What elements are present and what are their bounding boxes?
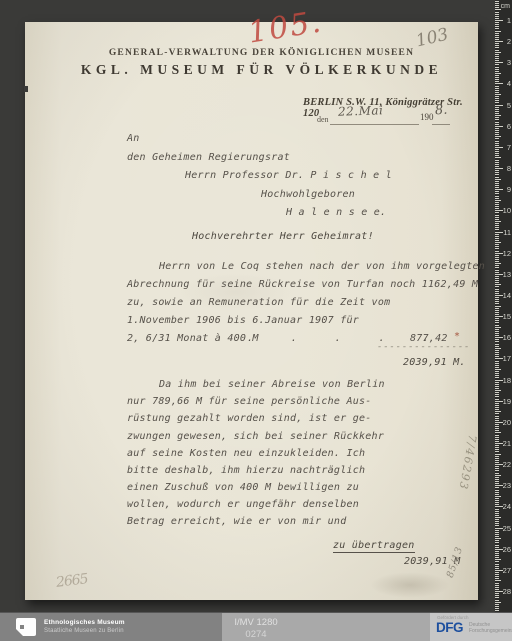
dfg-logo: DFG [436,620,463,635]
museum-name: Ethnologisches Museum [44,619,125,626]
ruler-tick [495,299,499,300]
ruler-tick [495,392,499,393]
ruler-tick [495,519,499,520]
ruler-tick [495,576,499,577]
ruler-tick [495,369,501,370]
body-line: auf seine Kosten neu einzukleiden. Ich [127,448,365,459]
ruler-tick [495,545,499,546]
ruler-tick [495,185,499,186]
ruler-tick [495,105,503,106]
ruler-tick [495,33,499,34]
ruler-tick [495,246,499,247]
ruler-tick [495,16,499,17]
ruler-tick [495,96,499,97]
ruler-tick [495,221,501,222]
ruler-tick [495,124,499,125]
ruler-tick [495,143,499,144]
ruler-tick [495,606,499,607]
ruler-tick [495,147,503,148]
ruler-tick [495,333,499,334]
ruler-tick [495,610,499,611]
ruler-number: 5 [507,102,511,110]
ruler-tick [495,536,499,537]
ruler-tick [495,291,499,292]
ruler-tick [495,153,499,154]
ruler-tick [495,339,499,340]
ruler-tick [495,348,501,349]
ruler-tick [495,189,503,190]
ruler-tick [495,310,499,311]
ruler-tick [495,12,499,13]
ruler-tick [495,595,499,596]
letterhead-address: BERLIN S.W. 11, Königgrätzer Str. 120 [303,97,478,119]
ruler-tick [495,430,499,431]
ruler-tick [495,460,499,461]
body-line: Da ihm bei seiner Abreise von Berlin [159,379,385,390]
ruler-tick [495,445,499,446]
body-line: zu, sowie an Remuneration für die Zeit v… [127,297,390,308]
scan-viewer: GENERAL-VERWALTUNG DER KÖNIGLICHEN MUSEE… [0,0,512,641]
ruler-tick [495,62,503,63]
ruler-number: 24 [503,503,511,511]
ruler-tick [495,578,499,579]
ruler-tick [495,174,499,175]
ruler-tick [495,551,499,552]
ruler-tick [495,462,499,463]
ruler-tick [495,600,499,601]
ruler-tick [495,47,499,48]
ruler-number: 28 [503,588,511,596]
ruler-tick [495,28,499,29]
ruler-tick [495,456,499,457]
ruler-tick [495,346,499,347]
paper-edge-notch [24,86,28,92]
ruler-tick [495,35,499,36]
ruler-tick [495,454,501,455]
ruler-tick [495,14,499,15]
ruler-tick [495,212,499,213]
recipient-line: Herrn Professor Dr. P i s c h e l [185,170,392,181]
ruler-tick [495,523,499,524]
ruler-tick [495,451,499,452]
carryover-label-text: zu übertragen [333,540,415,553]
ruler-tick [495,100,499,101]
ruler-tick [495,265,499,266]
body-line: zwungen gewesen, sich bei seiner Rückkeh… [127,431,384,442]
ruler-tick [495,71,499,72]
ruler-tick [495,568,499,569]
ruler-tick [495,229,499,230]
ruler-number: 7 [507,144,511,152]
printed-year: 190 [420,112,434,122]
ruler-tick [495,407,499,408]
ruler-tick [495,466,499,467]
ruler-number: 23 [503,482,511,490]
ruler-number: 21 [503,440,511,448]
ruler-tick [495,435,499,436]
ruler-tick [495,240,499,241]
recipient-line: den Geheimen Regierungsrat [127,152,290,163]
ruler-number: 13 [503,271,511,279]
ruler-tick [495,151,499,152]
ruler-tick [495,248,499,249]
ruler-tick [495,583,499,584]
ruler-tick [495,470,499,471]
ruler-tick [495,170,499,171]
ruler-number: 27 [503,567,511,575]
ruler-tick [495,496,501,497]
ruler-number: 17 [503,355,511,363]
ruler-tick [495,223,499,224]
ruler-tick [495,367,499,368]
ruler-tick [495,356,499,357]
ruler-number: 2 [507,38,511,46]
ruler-tick [495,320,499,321]
ruler-tick [495,1,499,2]
ruler-tick [495,547,499,548]
ruler-tick [495,166,499,167]
ruler-tick [495,303,499,304]
ruler-tick [495,86,499,87]
salutation: Hochverehrter Herr Geheimrat! [192,231,374,242]
ruler-tick [495,525,499,526]
document-photo: GENERAL-VERWALTUNG DER KÖNIGLICHEN MUSEE… [0,0,512,612]
handwritten-year: 8. [434,103,447,119]
ruler-tick [495,204,499,205]
ruler-tick [495,132,499,133]
ruler-tick [495,557,499,558]
handwritten-date: 22.Mai [338,103,384,119]
ruler-tick [495,136,501,137]
ruler-tick [495,403,499,404]
ruler-tick [495,521,499,522]
ruler-tick [495,160,499,161]
recipient-line: H a l e n s e e. [286,207,386,218]
ruler-tick [495,608,499,609]
ruler-tick [495,255,499,256]
ruler-tick [495,322,499,323]
ruler-tick [495,73,501,74]
ruler-tick [495,390,501,391]
ruler-tick [495,128,499,129]
ruler-tick [495,107,499,108]
ruler-tick [495,411,501,412]
body-line: bitte deshalb, ihm hierzu nachträglich [127,465,365,476]
ruler-tick [495,293,499,294]
ruler-tick [495,81,499,82]
subtotal-amount: 2039,91 M. [403,357,466,368]
ruler-tick [495,122,499,123]
ruler-tick [495,179,501,180]
ruler-tick [495,236,499,237]
ruler-tick [495,441,499,442]
ruler-tick [495,20,503,21]
ruler-tick [495,481,499,482]
ruler-tick [495,517,501,518]
ruler-tick [495,413,499,414]
ruler-tick [495,561,499,562]
ruler-tick [495,117,499,118]
ruler-tick [495,532,499,533]
ruler-tick [495,301,499,302]
ruler-tick [495,259,499,260]
ruler-tick [495,98,499,99]
body-line: wollen, wodurch er ungefähr denselben [127,499,359,510]
ruler-tick [495,468,499,469]
ruler-number: 11 [503,229,511,237]
ruler-tick [495,509,499,510]
ruler-tick [495,155,499,156]
ruler-tick [495,426,499,427]
ruler-tick [495,502,499,503]
ruler-tick [495,286,499,287]
ruler-tick [495,257,499,258]
ruler-tick [495,559,501,560]
ruler-tick [495,109,499,110]
ruler-tick [495,593,499,594]
ruler-number: 25 [503,525,511,533]
ruler-tick [495,327,501,328]
year-rule [432,124,450,125]
ruler-tick [495,77,499,78]
ruler-tick [495,473,499,474]
ruler-tick [495,3,499,4]
ruler-number: 10 [503,207,511,215]
ruler-tick [495,138,499,139]
recipient-line: Hochwohlgeboren [261,189,355,200]
ruler-tick [495,341,499,342]
body-line: rüstung gezahlt worden sind, ist er ge- [127,413,372,424]
ruler-tick [495,555,499,556]
ruler-tick [495,157,501,158]
ruler-tick [495,589,499,590]
ruler-tick [495,202,499,203]
ruler-tick [495,26,499,27]
ruler-tick [495,475,501,476]
ruler-number: 15 [503,313,511,321]
ruler-tick [495,90,499,91]
ruler-tick [495,177,499,178]
ruler-tick [495,39,499,40]
ruler-tick [495,244,499,245]
ruler-tick [495,126,503,127]
dfg-logo-block: Gefördert durch DFG Deutsche Forschungsg… [430,613,512,641]
ruler-tick [495,377,499,378]
ruler-tick [495,134,499,135]
ruler-tick [495,487,499,488]
ruler-tick [495,193,499,194]
ruler-tick [495,424,499,425]
ruler-tick [495,335,499,336]
ruler-number: 26 [503,546,511,554]
ruler-tick [495,196,499,197]
ruler-tick [495,350,499,351]
ruler-tick [495,284,501,285]
ruler-number: 22 [503,461,511,469]
ruler-tick [495,314,499,315]
archive-footer-bar: Ethnologisches Museum Staatliche Museen … [0,612,512,641]
ruler-tick [495,130,499,131]
ruler-tick [495,405,499,406]
ruler-tick [495,373,499,374]
ruler-tick [495,375,499,376]
ruler-tick [495,18,499,19]
amount-footnote-mark: * [454,331,460,342]
ruler-number: 8 [507,165,511,173]
ruler-tick [495,215,499,216]
ruler-tick [495,602,501,603]
date-prefix: den [317,115,329,124]
dashed-sum-line: --------------- [377,342,470,352]
ruler-tick [495,604,499,605]
ruler-tick [495,597,499,598]
ruler-tick [495,504,499,505]
pencil-scribble: 2665 [55,571,88,591]
ruler-tick [495,483,499,484]
ruler-tick [495,382,499,383]
ruler-tick [495,399,499,400]
dfg-name-line2: Forschungsgemeinschaft [469,629,512,635]
ruler-tick [495,308,499,309]
ruler-tick [495,384,499,385]
ruler-tick [495,52,501,53]
ruler-tick [495,449,499,450]
ruler-tick [495,329,499,330]
ruler-tick [495,261,499,262]
ruler-tick [495,564,499,565]
ruler-tick [495,272,499,273]
ruler-number: 4 [507,80,511,88]
ruler-tick [495,9,501,10]
museum-logo-block: Ethnologisches Museum Staatliche Museen … [0,613,222,641]
ruler-tick [495,361,499,362]
ruler-tick [495,437,499,438]
ruler-tick [495,88,499,89]
ruler-tick [495,363,499,364]
ruler-number: 18 [503,377,511,385]
recipient-line: An [127,133,140,144]
ruler-tick [495,115,501,116]
ruler-tick [495,574,499,575]
ruler-tick [495,94,501,95]
ruler-tick [495,251,499,252]
ruler-tick [495,208,499,209]
ruler-tick [495,234,499,235]
ruler-tick [495,297,499,298]
museum-subtitle: Staatliche Museen zu Berlin [44,628,124,634]
ruler-tick [495,500,499,501]
ruler-tick [495,540,499,541]
ruler-tick [495,409,499,410]
ruler-tick [495,164,499,165]
ruler-tick [495,490,499,491]
ruler-tick [495,263,501,264]
ruler-tick [495,43,499,44]
body-line: nur 789,66 M für seine persönliche Aus- [127,396,372,407]
ruler-tick [495,200,501,201]
body-line: Herrn von Le Coq stehen nach der von ihm… [159,261,485,272]
ruler-tick [495,479,499,480]
ruler-tick [495,515,499,516]
ruler-tick [495,365,499,366]
museum-logo-fold [16,629,23,636]
ruler-tick [495,225,499,226]
ruler-tick [495,447,499,448]
ruler-tick [495,278,499,279]
ruler-tick [495,306,501,307]
ruler-tick [495,572,499,573]
ruler-tick [495,344,499,345]
ruler-tick [495,511,499,512]
ruler-tick [495,439,499,440]
ruler-tick [495,331,499,332]
ruler-tick [495,145,499,146]
ruler-tick [495,56,499,57]
museum-logo-icon [16,618,36,636]
ruler-number: 12 [503,250,511,258]
ruler-tick [495,312,499,313]
ruler-number: 16 [503,334,511,342]
ruler-tick [495,270,499,271]
ruler-tick [495,492,499,493]
ruler-tick [495,198,499,199]
ruler-tick [495,172,499,173]
ruler-tick [495,58,499,59]
ruler-tick [495,371,499,372]
ruler-tick [495,354,499,355]
body-line: Abrechnung für seine Rückreise von Turfa… [127,279,478,290]
ruler-tick [495,280,499,281]
ruler-tick [495,187,499,188]
letter-paper: GENERAL-VERWALTUNG DER KÖNIGLICHEN MUSEE… [25,22,478,600]
ruler-tick [495,119,499,120]
ruler-tick [495,113,499,114]
ruler-tick [495,538,501,539]
ruler-tick [495,494,499,495]
ruler-tick [495,418,499,419]
ruler-tick [495,191,499,192]
ruler-tick [495,92,499,93]
ruler-tick [495,318,499,319]
ruler-tick [495,69,499,70]
ruler-tick [495,162,499,163]
ruler-tick [495,289,499,290]
ruler-tick [495,416,499,417]
ruler-tick [495,388,499,389]
ruler-tick [495,513,499,514]
ruler-tick [495,102,499,103]
ruler-tick [495,580,501,581]
carryover-label: zu übertragen [333,540,415,551]
ruler-number: 19 [503,398,511,406]
ruler-tick [495,267,499,268]
ruler-tick [495,325,499,326]
ruler-tick [495,60,499,61]
ruler-tick [495,83,503,84]
ruler-tick [495,181,499,182]
ruler-tick [495,530,499,531]
ruler-tick [495,67,499,68]
ruler-tick [495,428,499,429]
ruler-tick [495,352,499,353]
ruler-tick [495,75,499,76]
ruler: cm 1234567891011121314151617181920212223… [495,0,512,612]
ruler-tick [495,458,499,459]
ruler-tick [495,566,499,567]
date-rule [330,124,419,125]
ruler-tick [495,242,501,243]
ruler-tick [495,7,499,8]
